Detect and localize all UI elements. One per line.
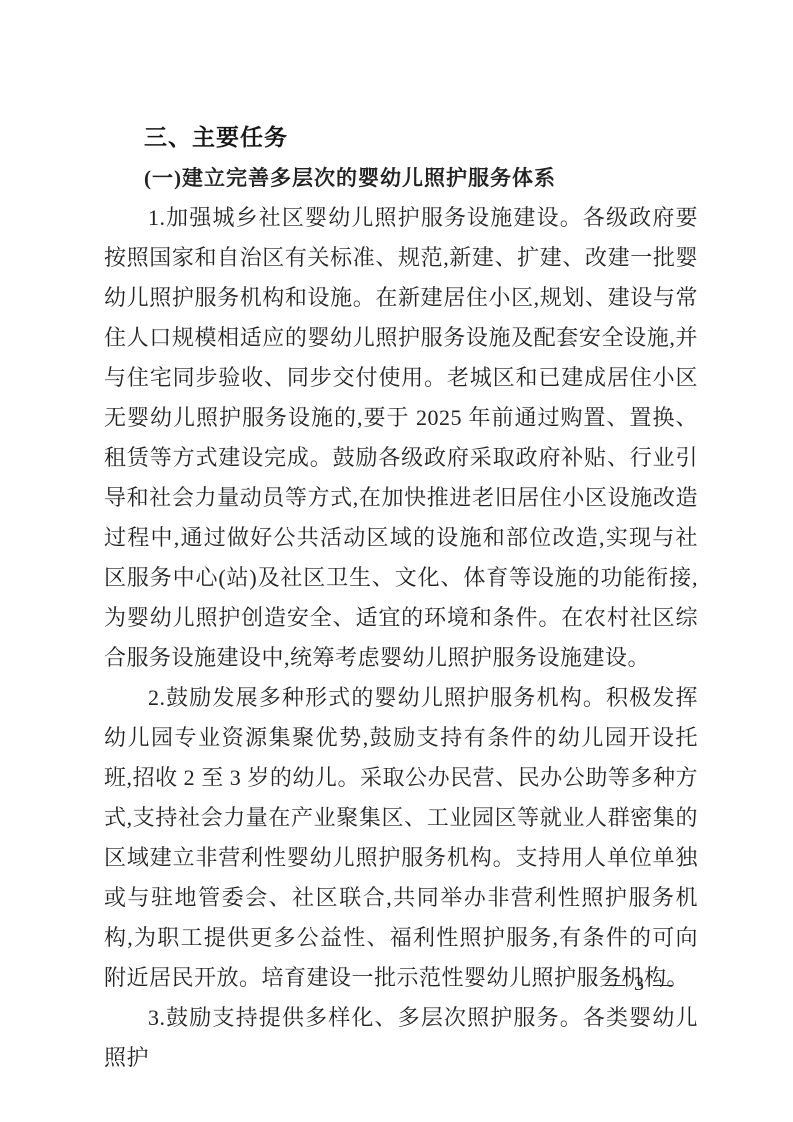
paragraph-2: 2.鼓励发展多种形式的婴幼儿照护服务机构。积极发挥幼儿园专业资源集聚优势,鼓励支… — [104, 678, 698, 998]
subsection-heading: (一)建立完善多层次的婴幼儿照护服务体系 — [104, 158, 698, 198]
document-page: 三、主要任务 (一)建立完善多层次的婴幼儿照护服务体系 1.加强城乡社区婴幼儿照… — [0, 0, 793, 1122]
paragraph-1: 1.加强城乡社区婴幼儿照护服务设施建设。各级政府要按照国家和自治区有关标准、规范… — [104, 198, 698, 678]
section-heading: 三、主要任务 — [104, 118, 698, 158]
page-number: — 3 — — [605, 970, 675, 998]
paragraph-3: 3.鼓励支持提供多样化、多层次照护服务。各类婴幼儿照护 — [104, 998, 698, 1078]
document-content: 三、主要任务 (一)建立完善多层次的婴幼儿照护服务体系 1.加强城乡社区婴幼儿照… — [104, 118, 698, 1078]
